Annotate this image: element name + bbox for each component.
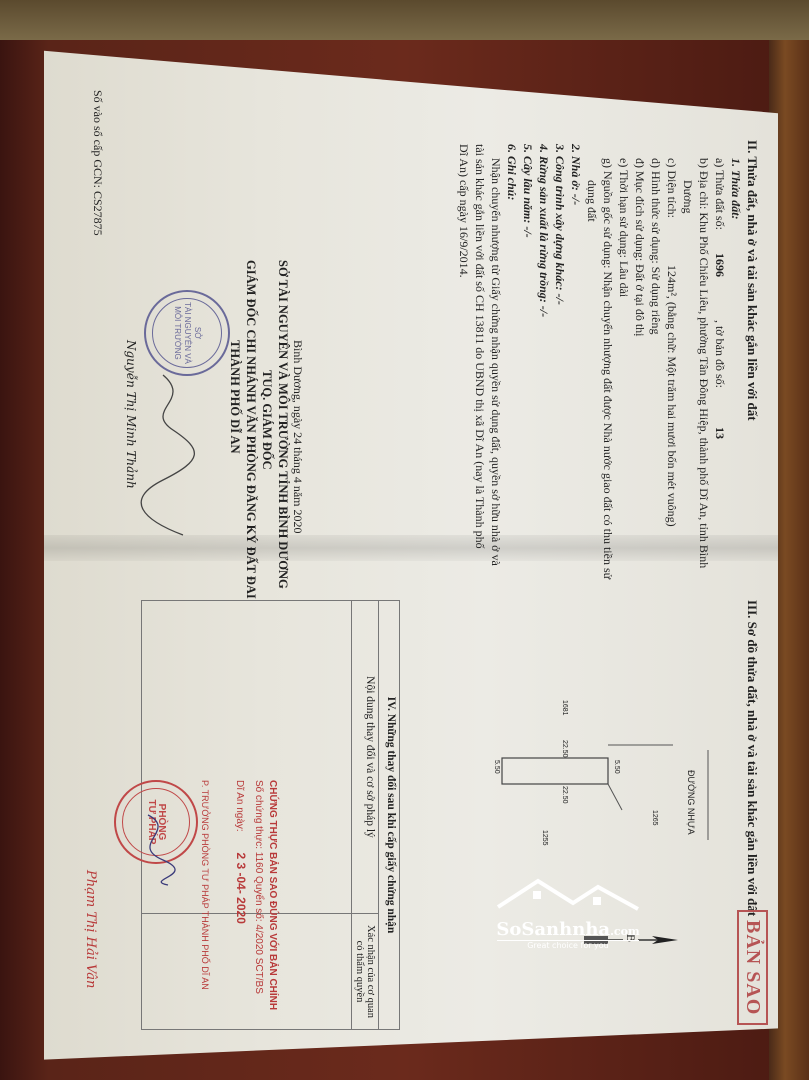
parcel-number: 1696 bbox=[713, 253, 727, 277]
watermark-tagline: Great choice for you bbox=[497, 940, 639, 950]
map-sheet-label: , tờ bản đồ số: bbox=[713, 320, 727, 388]
certification-stamp-line-1: CHỨNG THỰC BẢN SAO ĐÚNG VỚI BẢN CHÍNH bbox=[267, 780, 278, 1010]
justice-signer-name: Phạm Thị Hải Vân bbox=[83, 870, 98, 988]
watermark-brand-row: SoSanhnha.com bbox=[483, 919, 653, 940]
notes-heading: 6. Ghi chú: bbox=[504, 144, 521, 200]
area-value: 124m², (bằng chữ: Một trăm hai mươi bốn … bbox=[665, 265, 679, 527]
notes-line-3: Dĩ An) cấp ngày 16/9/2014. bbox=[456, 144, 473, 278]
use-term: e) Thời hạn sử dụng: Lâu dài bbox=[616, 158, 633, 297]
col-confirm-header: Xác nhận của cơ quan có thẩm quyền bbox=[352, 914, 379, 1030]
registry-number: Số vào sổ cấp GCN: CS27875 bbox=[90, 90, 107, 236]
perennial-trees-row: 5. Cây lâu năm: -/- bbox=[520, 144, 537, 238]
origin-line-2: dụng đất bbox=[584, 180, 601, 222]
use-form: d) Hình thức sử dụng: Sử dụng riêng bbox=[648, 158, 665, 335]
director-name: Nguyễn Thị Minh Thảnh bbox=[124, 340, 138, 489]
use-purpose: đ) Mục đích sử dụng: Đất ở tại đô thị bbox=[632, 158, 649, 337]
length-left: 22.50 bbox=[561, 740, 568, 758]
signature-tuq: TUQ. GIÁM ĐỐC bbox=[259, 370, 274, 470]
address-line-2: Dương bbox=[680, 180, 697, 214]
house-row: 2. Nhà ở: -/- bbox=[568, 144, 585, 205]
signature-agency: SỞ TÀI NGUYÊN VÀ MÔI TRƯỜNG TỈNH BÌNH DƯ… bbox=[275, 260, 290, 589]
signature-date: Bình Dương, ngày 24 tháng 4 năm 2020 bbox=[290, 340, 307, 534]
parcel-sketch: ĐƯỜNG NHỰA 5.50 22.50 22.50 5.50 1681 12… bbox=[468, 680, 718, 880]
director-signature bbox=[133, 370, 213, 540]
agency-round-stamp: SỞ TÀI NGUYÊN VÀ MÔI TRƯỜNG bbox=[144, 290, 230, 376]
origin-line-1: g) Nguồn gốc sử dụng: Nhận chuyển nhượng… bbox=[600, 158, 617, 579]
width-front: 5.50 bbox=[613, 760, 620, 774]
section-iii-title: III. Sơ đồ thửa đất, nhà ở và tài sản kh… bbox=[744, 600, 760, 916]
watermark-brand: SoSanhnha bbox=[496, 919, 610, 940]
watermark-houses-icon bbox=[493, 875, 643, 915]
length-right: 22.50 bbox=[561, 786, 568, 804]
copy-stamp: BẢN SAO bbox=[737, 910, 768, 1025]
section-ii-title: II. Thửa đất, nhà ở và tài sản khác gắn … bbox=[744, 140, 760, 421]
land-heading: 1. Thửa đất: bbox=[728, 158, 745, 220]
certification-date-label: Dĩ An ngày: bbox=[234, 780, 245, 832]
watermark-domain: .com bbox=[610, 925, 640, 938]
production-forest-row: 4. Rừng sản xuất là rừng trồng: -/- bbox=[536, 144, 553, 317]
certification-date: 2 3 -04- 2020 bbox=[234, 852, 248, 923]
certification-official-title: P. TRƯỞNG PHÒNG TƯ PHÁP THÀNH PHỐ DĨ AN bbox=[200, 780, 210, 990]
watermark: SoSanhnha.com Great choice for you bbox=[483, 875, 653, 955]
parcel-label: a) Thửa đất số: bbox=[713, 158, 727, 230]
signature-director-line-2: THÀNH PHỐ DĨ AN bbox=[227, 340, 242, 454]
changes-confirm-cell bbox=[142, 914, 352, 1030]
address-line-1: b) Địa chỉ: Khu Phố Chiêu Liêu, phường T… bbox=[696, 158, 713, 568]
map-sheet-number: 13 bbox=[713, 427, 727, 439]
neighbor-parcel-1265: 1265 bbox=[651, 810, 658, 826]
other-construction-row: 3. Công trình xây dựng khác: -/- bbox=[552, 144, 569, 305]
notes-line-1: Nhận chuyển nhượng từ Giấy chứng nhận qu… bbox=[488, 158, 505, 566]
wood-table-background-top bbox=[0, 0, 809, 40]
col-content-header: Nội dung thay đổi và cơ sở pháp lý bbox=[352, 601, 379, 914]
certification-stamp-line-2: Số chứng thực: 1160 Quyển số: 4/2020 SCT… bbox=[253, 780, 264, 994]
area-row: c) Diện tích: 124m², (bằng chữ: Một trăm… bbox=[664, 158, 681, 527]
parcel-row: a) Thửa đất số: 1696 , tờ bản đồ số: 13 bbox=[712, 158, 729, 439]
width-back: 5.50 bbox=[493, 760, 500, 774]
certificate-document: II. Thửa đất, nhà ở và tài sản khác gắn … bbox=[44, 40, 778, 1060]
neighbor-parcel-1681: 1681 bbox=[561, 700, 568, 716]
road-label: ĐƯỜNG NHỰA bbox=[686, 770, 696, 835]
area-label: c) Diện tích: bbox=[665, 158, 679, 218]
neighbor-parcel-1255: 1255 bbox=[541, 830, 548, 846]
parcel-diagram bbox=[468, 680, 718, 880]
justice-signature bbox=[118, 810, 188, 890]
notes-line-2: tài sản khác gắn liền với đất số CH 1381… bbox=[472, 144, 489, 549]
certification-date-row: Dĩ An ngày: 2 3 -04- 2020 bbox=[234, 780, 248, 924]
section-iv-title: IV. Những thay đổi sau khi cấp giấy chứn… bbox=[379, 601, 400, 1030]
signature-director-line-1: GIÁM ĐỐC CHI NHÁNH VĂN PHÒNG ĐĂNG KÝ ĐẤT… bbox=[243, 260, 258, 599]
